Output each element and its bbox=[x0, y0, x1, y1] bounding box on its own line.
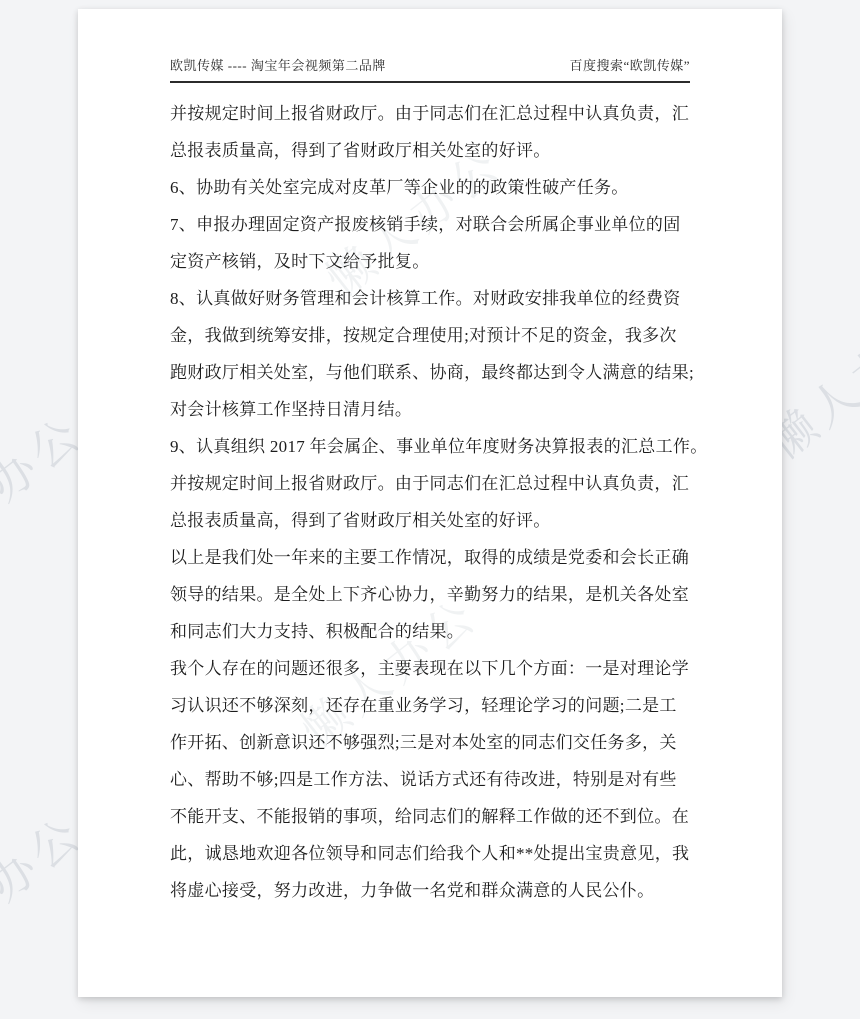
app-background: { "page": { "header": { "left": "欧凯传媒 --… bbox=[0, 0, 860, 1019]
text-line: 7、申报办理固定资产报废核销手续，对联合会所属企事业单位的固 bbox=[170, 206, 696, 243]
text-line: 不能开支、不能报销的事项，给同志们的解释工作做的还不到位。在 bbox=[170, 798, 696, 835]
text-line: 6、协助有关处室完成对皮革厂等企业的的政策性破产任务。 bbox=[170, 169, 696, 206]
text-line: 定资产核销，及时下文给予批复。 bbox=[170, 243, 696, 280]
text-line: 并按规定时间上报省财政厅。由于同志们在汇总过程中认真负责，汇 bbox=[170, 95, 696, 132]
text-line: 对会计核算工作坚持日清月结。 bbox=[170, 391, 696, 428]
text-line: 将虚心接受，努力改进，力争做一名党和群众满意的人民公仆。 bbox=[170, 872, 696, 909]
text-line: 总报表质量高，得到了省财政厅相关处室的好评。 bbox=[170, 502, 696, 539]
text-line: 习认识还不够深刻，还存在重业务学习，轻理论学习的问题;二是工 bbox=[170, 687, 696, 724]
text-line: 以上是我们处一年来的主要工作情况，取得的成绩是党委和会长正确 bbox=[170, 539, 696, 576]
text-line: 9、认真组织 2017 年会属企、事业单位年度财务决算报表的汇总工作。 bbox=[170, 428, 696, 465]
document-page: 懒人办公 懒人办公 欧凯传媒 ---- 淘宝年会视频第二品牌 百度搜索“欧凯传媒… bbox=[78, 9, 782, 997]
text-line: 此，诚恳地欢迎各位领导和同志们给我个人和**处提出宝贵意见，我 bbox=[170, 835, 696, 872]
text-line: 和同志们大力支持、积极配合的结果。 bbox=[170, 613, 696, 650]
header-right-text: 百度搜索“欧凯传媒” bbox=[569, 55, 690, 74]
page-header: 欧凯传媒 ---- 淘宝年会视频第二品牌 百度搜索“欧凯传媒” bbox=[170, 55, 690, 83]
text-line: 并按规定时间上报省财政厅。由于同志们在汇总过程中认真负责，汇 bbox=[170, 465, 696, 502]
text-line: 我个人存在的问题还很多，主要表现在以下几个方面：一是对理论学 bbox=[170, 650, 696, 687]
text-line: 8、认真做好财务管理和会计核算工作。对财政安排我单位的经费资 bbox=[170, 280, 696, 317]
text-line: 总报表质量高，得到了省财政厅相关处室的好评。 bbox=[170, 132, 696, 169]
text-line: 作开拓、创新意识还不够强烈;三是对本处室的同志们交任务多，关 bbox=[170, 724, 696, 761]
text-line: 心、帮助不够;四是工作方法、说话方式还有待改进，特别是对有些 bbox=[170, 761, 696, 798]
text-line: 领导的结果。是全处上下齐心协力，辛勤努力的结果，是机关各处室 bbox=[170, 576, 696, 613]
header-left-text: 欧凯传媒 ---- 淘宝年会视频第二品牌 bbox=[170, 55, 386, 74]
text-line: 跑财政厅相关处室，与他们联系、协商，最终都达到令人满意的结果; bbox=[170, 354, 696, 391]
document-body: 并按规定时间上报省财政厅。由于同志们在汇总过程中认真负责，汇总报表质量高，得到了… bbox=[170, 95, 696, 909]
text-line: 金，我做到统筹安排，按规定合理使用;对预计不足的资金，我多次 bbox=[170, 317, 696, 354]
